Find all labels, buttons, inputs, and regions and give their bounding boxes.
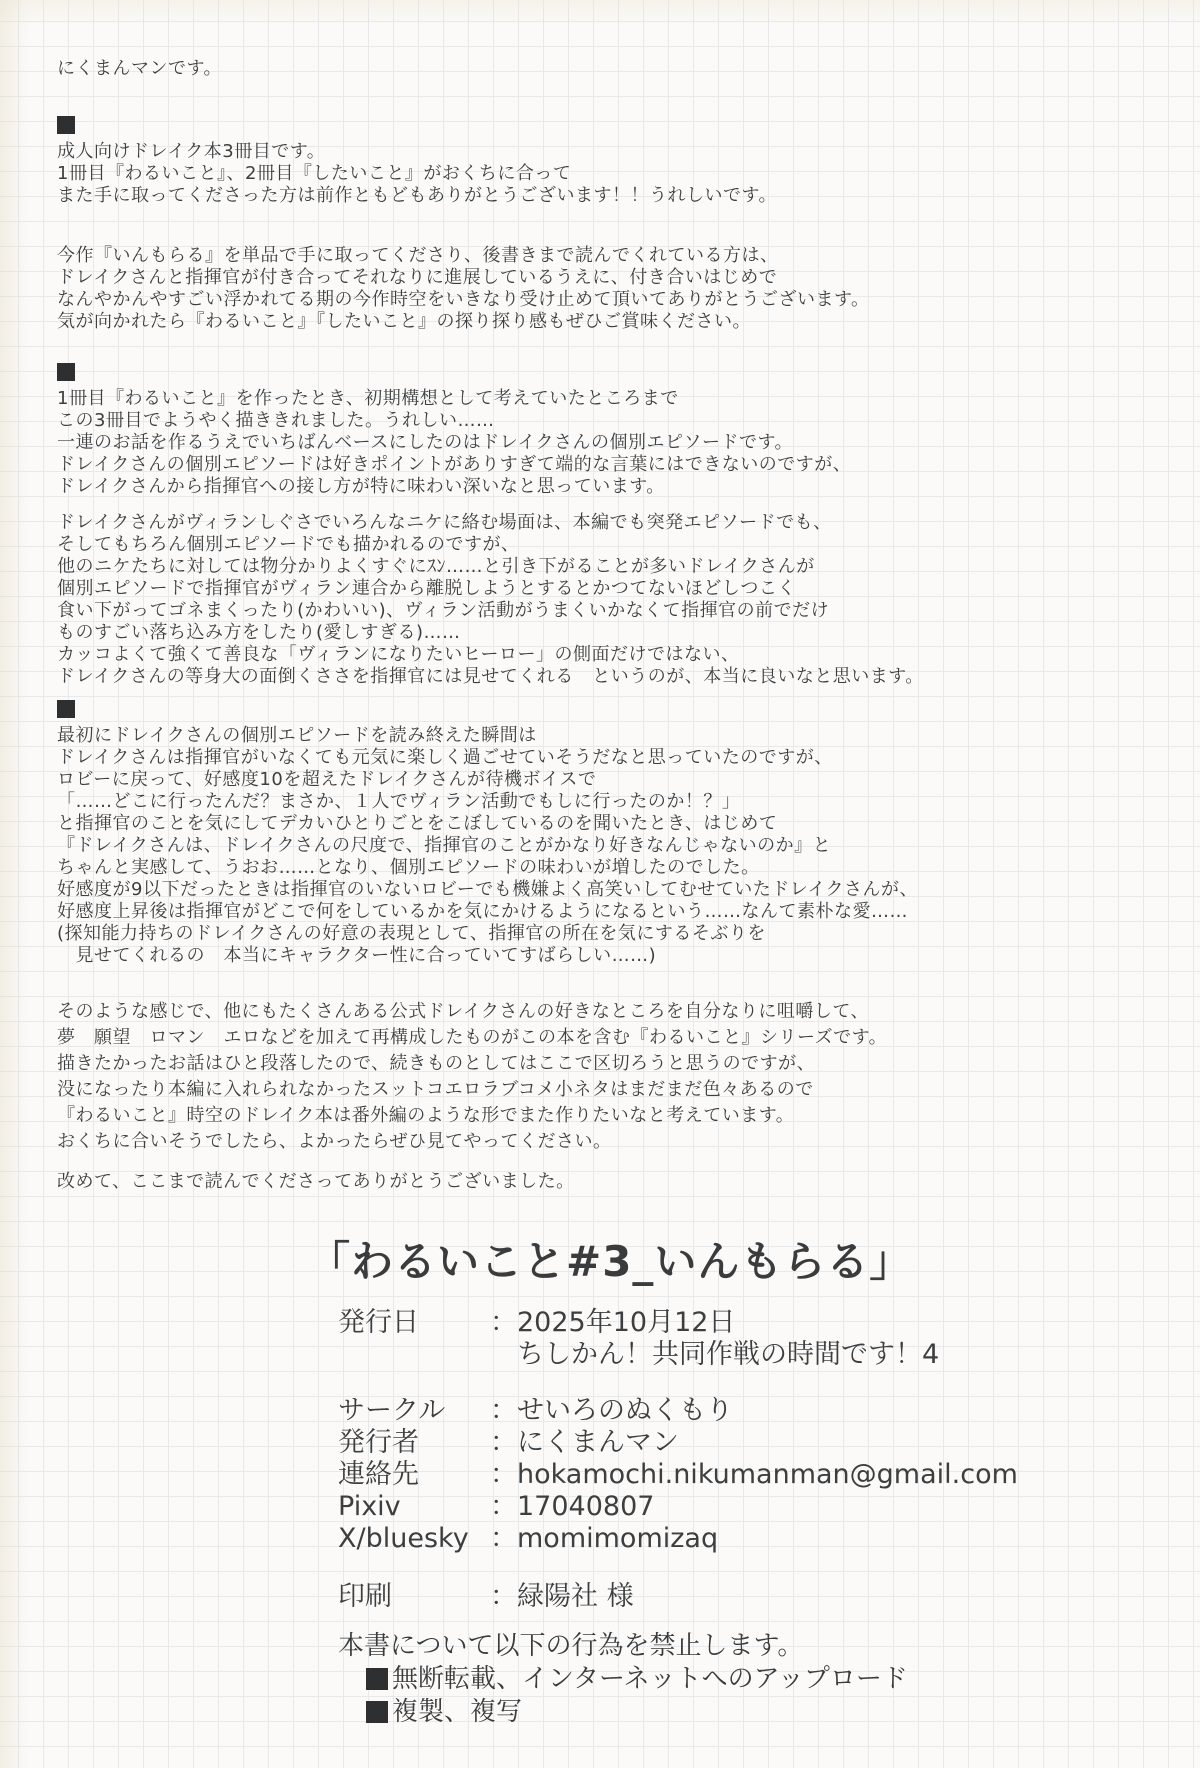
text-line: この3冊目でようやく描ききれました。うれしい…… xyxy=(57,410,1200,432)
colophon-row-continuation: ： ちしかん！共同作戦の時間です！4 xyxy=(490,1339,1200,1371)
prohibition-item-text: 複製、複写 xyxy=(392,1697,522,1727)
colophon-value: にくまんマン xyxy=(517,1427,679,1459)
text-line: ちゃんと実感して、うおお……となり、個別エピソードの味わいが増したのでした。 xyxy=(57,857,1200,879)
text-line: 他のニケたちに対しては物分かりよくすぐにｽﾝ……と引き下がることが多いドレイクさ… xyxy=(57,556,1200,578)
colophon-label: 連絡先 xyxy=(338,1459,490,1491)
section-marker-icon xyxy=(57,116,75,134)
colophon-colon: ： xyxy=(490,1307,517,1339)
prohibition-item: 複製、複写 xyxy=(366,1697,1200,1727)
paragraph: ドレイクさんがヴィランしぐさでいろんなニケに絡む場面は、本編でも突発エピソードで… xyxy=(57,512,1200,688)
text-line: 「……どこに行ったんだ？まさか、１人でヴィラン活動でもしに行ったのか！？」 xyxy=(57,791,1200,813)
text-line: 1冊目『わるいこと』を作ったとき、初期構想として考えていたところまで xyxy=(57,388,1200,410)
text-line: 成人向けドレイク本3冊目です。 xyxy=(57,141,1200,163)
text-line: と指揮官のことを気にしてデカいひとりごとをこぼしているのを聞いたとき、はじめて xyxy=(57,813,1200,835)
text-line: 見せてくれるの 本当にキャラクター性に合っていてすばらしい……) xyxy=(57,945,1200,967)
colophon-row: サークル ： せいろのぬくもり xyxy=(338,1395,1200,1427)
colophon-row: Pixiv ： 17040807 xyxy=(338,1491,1200,1523)
square-bullet-icon xyxy=(366,1701,388,1723)
prohibition-item-text: 無断転載、インターネットへのアップロード xyxy=(392,1664,908,1694)
text-line: ドレイクさんがヴィランしぐさでいろんなニケに絡む場面は、本編でも突発エピソードで… xyxy=(57,512,1200,534)
colophon-row: 発行者 ： にくまんマン xyxy=(338,1427,1200,1459)
text-line: 改めて、ここまで読んでくださってありがとうございました。 xyxy=(57,1169,1200,1195)
colophon: 発行日 ： 2025年10月12日 ： ちしかん！共同作戦の時間です！4 サーク… xyxy=(338,1307,1200,1613)
colophon-value: hokamochi.nikumanman@gmail.com xyxy=(517,1459,1018,1491)
text-line: 描きたかったお話はひと段落したので、続きものとしてはここで区切ろうと思うのですが… xyxy=(57,1051,1200,1077)
text-line: 一連のお話を作るうえでいちばんベースにしたのはドレイクさんの個別エピソードです。 xyxy=(57,432,1200,454)
text-line: 好感度上昇後は指揮官がどこで何をしているかを気にかけるようになるという……なんて… xyxy=(57,901,1200,923)
paragraph: 改めて、ここまで読んでくださってありがとうございました。 xyxy=(57,1169,1200,1195)
text-line: 食い下がってゴネまくったり(かわいい)、ヴィラン活動がうまくいかなくて指揮官の前… xyxy=(57,600,1200,622)
colophon-value: 2025年10月12日 xyxy=(517,1307,735,1339)
text-line: ドレイクさんと指揮官が付き合ってそれなりに進展しているうえに、付き合いはじめで xyxy=(57,267,1200,289)
colophon-label: Pixiv xyxy=(338,1491,490,1523)
text-line: 気が向かれたら『わるいこと』『したいこと』の探り探り感もぜひご賞味ください。 xyxy=(57,311,1200,333)
colophon-value: ちしかん！共同作戦の時間です！4 xyxy=(517,1339,939,1371)
text-line: そのような感じで、他にもたくさんある公式ドレイクさんの好きなところを自分なりに咀… xyxy=(57,999,1200,1025)
section-marker-icon xyxy=(57,700,75,718)
text-line: そしてもちろん個別エピソードでも描かれるのですが、 xyxy=(57,534,1200,556)
colophon-row: 印刷 ： 緑陽社 様 xyxy=(338,1581,1200,1613)
spacer xyxy=(338,1371,1200,1395)
colophon-colon: ： xyxy=(490,1491,517,1523)
text-line: 今作『いんもらる』を単品で手に取ってくださり、後書きまで読んでくれている方は、 xyxy=(57,245,1200,267)
colophon-label: X/bluesky xyxy=(338,1523,490,1555)
colophon-colon: ： xyxy=(490,1523,517,1555)
text-line: 1冊目『わるいこと』、2冊目『したいこと』がおくちに合って xyxy=(57,163,1200,185)
paragraph: 今作『いんもらる』を単品で手に取ってくださり、後書きまで読んでくれている方は、 … xyxy=(57,245,1200,333)
text-line: 個別エピソードで指揮官がヴィラン連合から離脱しようとするとかつてないほどしつこく xyxy=(57,578,1200,600)
afterword-page: にくまんマンです。 成人向けドレイク本3冊目です。 1冊目『わるいこと』、2冊目… xyxy=(0,0,1200,1768)
text-line: ドレイクさんの個別エピソードは好きポイントがありすぎて端的な言葉にはできないので… xyxy=(57,454,1200,476)
text-line: ロビーに戻って、好感度10を超えたドレイクさんが待機ボイスで xyxy=(57,769,1200,791)
square-bullet-icon xyxy=(366,1668,388,1690)
text-line: 夢 願望 ロマン エロなどを加えて再構成したものがこの本を含む『わるいこと』シリ… xyxy=(57,1025,1200,1051)
colophon-colon: ： xyxy=(490,1581,517,1613)
colophon-label: サークル xyxy=(338,1395,490,1427)
text-line: ドレイクさんの等身大の面倒くささを指揮官には見せてくれる というのが、本当に良い… xyxy=(57,666,1200,688)
paragraph: 成人向けドレイク本3冊目です。 1冊目『わるいこと』、2冊目『したいこと』がおく… xyxy=(57,116,1200,207)
paragraph: 最初にドレイクさんの個別エピソードを読み終えた瞬間は ドレイクさんは指揮官がいな… xyxy=(57,700,1200,967)
colophon-value: momimomizaq xyxy=(517,1523,718,1555)
colophon-row: 連絡先 ： hokamochi.nikumanman@gmail.com xyxy=(338,1459,1200,1491)
colophon-row: 発行日 ： 2025年10月12日 xyxy=(338,1307,1200,1339)
prohibition-notice: 本書について以下の行為を禁止します。 無断転載、インターネットへのアップロード … xyxy=(338,1631,1200,1727)
afterword-body: にくまんマンです。 成人向けドレイク本3冊目です。 1冊目『わるいこと』、2冊目… xyxy=(0,0,1200,1195)
section-marker-icon xyxy=(57,363,75,381)
colophon-value: 緑陽社 様 xyxy=(517,1581,634,1613)
text-line: ものすごい落ち込み方をしたり(愛しすぎる)…… xyxy=(57,622,1200,644)
paragraph: 1冊目『わるいこと』を作ったとき、初期構想として考えていたところまで この3冊目… xyxy=(57,363,1200,498)
paragraph: にくまんマンです。 xyxy=(57,58,1200,80)
text-line: なんやかんやすごい浮かれてる期の今作時空をいきなり受け止めて頂いてありがとうござ… xyxy=(57,289,1200,311)
text-line: 好感度が9以下だったときは指揮官のいないロビーでも機嫌よく高笑いしてむせていたド… xyxy=(57,879,1200,901)
text-line: (探知能力持ちのドレイクさんの好意の表現として、指揮官の所在を気にするそぶりを xyxy=(57,923,1200,945)
prohibition-heading: 本書について以下の行為を禁止します。 xyxy=(338,1631,1200,1661)
text-line: 『ドレイクさんは、ドレイクさんの尺度で、指揮官のことがかなり好きなんじゃないのか… xyxy=(57,835,1200,857)
text-line: ドレイクさんから指揮官への接し方が特に味わい深いなと思っています。 xyxy=(57,476,1200,498)
colophon-colon: ： xyxy=(490,1427,517,1459)
text-line: ドレイクさんは指揮官がいなくても元気に楽しく過ごせていそうだなと思っていたのです… xyxy=(57,747,1200,769)
text-line: カッコよくて強くて善良な「ヴィランになりたいヒーロー」の側面だけではない、 xyxy=(57,644,1200,666)
text-line: 『わるいこと』時空のドレイク本は番外編のような形でまた作りたいなと考えています。 xyxy=(57,1103,1200,1129)
book-title: 「わるいこと#3_いんもらる」 xyxy=(308,1237,1200,1287)
text-line: おくちに合いそうでしたら、よかったらぜひ見てやってください。 xyxy=(57,1129,1200,1155)
text-line: にくまんマンです。 xyxy=(57,58,1200,80)
colophon-colon: ： xyxy=(490,1459,517,1491)
prohibition-item: 無断転載、インターネットへのアップロード xyxy=(366,1664,1200,1694)
text-line: 没になったり本編に入れられなかったスットコエロラブコメ小ネタはまだまだ色々あるの… xyxy=(57,1077,1200,1103)
text-line: また手に取ってくださった方は前作ともどもありがとうございます！！うれしいです。 xyxy=(57,185,1200,207)
colophon-label: 発行日 xyxy=(338,1307,490,1339)
colophon-value: せいろのぬくもり xyxy=(517,1395,733,1427)
colophon-label: 印刷 xyxy=(338,1581,490,1613)
colophon-row: X/bluesky ： momimomizaq xyxy=(338,1523,1200,1555)
spacer xyxy=(338,1555,1200,1581)
text-line: 最初にドレイクさんの個別エピソードを読み終えた瞬間は xyxy=(57,725,1200,747)
colophon-colon: ： xyxy=(490,1395,517,1427)
paragraph: そのような感じで、他にもたくさんある公式ドレイクさんの好きなところを自分なりに咀… xyxy=(57,999,1200,1155)
colophon-label: 発行者 xyxy=(338,1427,490,1459)
colophon-value: 17040807 xyxy=(517,1491,654,1523)
